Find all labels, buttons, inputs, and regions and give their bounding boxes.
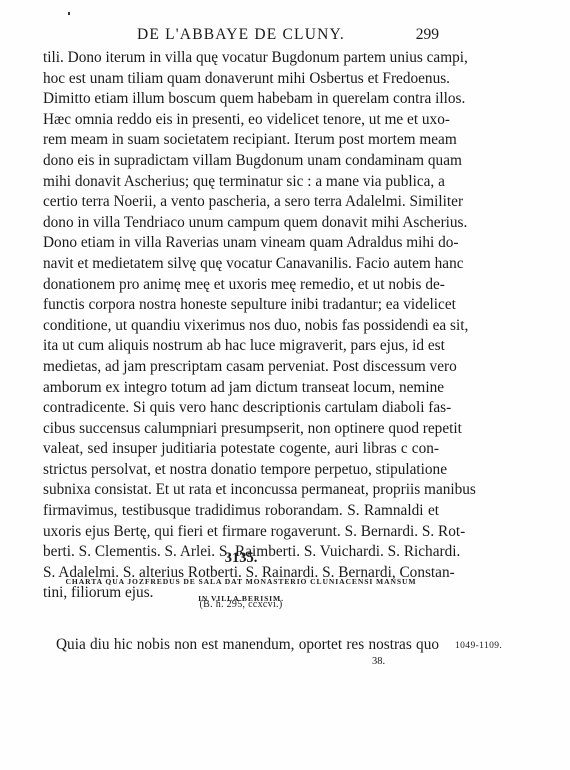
text-line: functis corpora nostra honeste sepulture…: [43, 295, 439, 316]
text-line: subnixa consistat. Et ut rata et inconcu…: [43, 480, 439, 501]
signature-mark: 38.: [372, 656, 385, 667]
charter-number: 3135.: [43, 550, 439, 567]
text-line: dono eis in supradictam villam Bugdonum …: [43, 151, 439, 172]
running-head: DE L'ABBAYE DE CLUNY. 299: [43, 26, 439, 48]
text-line: medietas, ad jam prescriptam casam perve…: [43, 357, 439, 378]
text-line: valeat, sed insuper juditiaria potestate…: [43, 439, 439, 460]
text-line: Hæc omnia reddo eis in presenti, eo vide…: [43, 110, 439, 131]
text-line: mihi donavit Ascherius; quę terminatur s…: [43, 172, 439, 193]
text-line: donationem pro animę meę et uxoris meę r…: [43, 275, 439, 296]
text-line: Dimitto etiam illum boscum quem habebam …: [43, 89, 439, 110]
text-line: amborum ex integro totum ad jam dictum t…: [43, 378, 439, 399]
text-line: Dono etiam in villa Raverias unam vineam…: [43, 233, 439, 254]
running-title: DE L'ABBAYE DE CLUNY.: [43, 26, 439, 44]
text-line: hoc est unam tiliam quam donaverunt mihi…: [43, 69, 439, 90]
text-line: firmavimus, testibusque tradidimus robor…: [43, 501, 439, 522]
text-line: navit et medietatem silvę quę vocatur Ca…: [43, 254, 439, 275]
charter-reference: (B. h. 295, ccxcvi.): [43, 599, 439, 610]
text-line: rem meam in suam societatem recipiant. I…: [43, 130, 439, 151]
book-page: DE L'ABBAYE DE CLUNY. 299 tili. Dono ite…: [0, 0, 570, 770]
charter-opening-line: Quia diu hic nobis non est manendum, opo…: [43, 636, 439, 654]
text-line: tili. Dono iterum in villa quę vocatur B…: [43, 48, 439, 69]
charter-title-line: CHARTA QUA JOZFREDUS DE SALA DAT MONASTE…: [43, 573, 439, 590]
text-line: cibus succensus calumpniari presumpserit…: [43, 419, 439, 440]
page-number: 299: [416, 26, 439, 44]
text-line: ita ut cum aliquis nostrum ab hac luce m…: [43, 336, 439, 357]
margin-date: 1049-1109.: [455, 641, 502, 651]
body-text: tili. Dono iterum in villa quę vocatur B…: [43, 48, 439, 604]
text-line: contradicente. Si quis vero hanc descrip…: [43, 398, 439, 419]
text-line: certio terra Noerii, a vento pascheria, …: [43, 192, 439, 213]
text-line: conditione, ut quandiu vixerimus nos duo…: [43, 316, 439, 337]
text-line: uxoris ejus Bertę, qui fieri et firmare …: [43, 522, 439, 543]
text-line: dono in villa Tendriaco unum campum quem…: [43, 213, 439, 234]
scan-speck: [68, 12, 70, 15]
text-line: strictus persolvat, et nostra donatio te…: [43, 460, 439, 481]
